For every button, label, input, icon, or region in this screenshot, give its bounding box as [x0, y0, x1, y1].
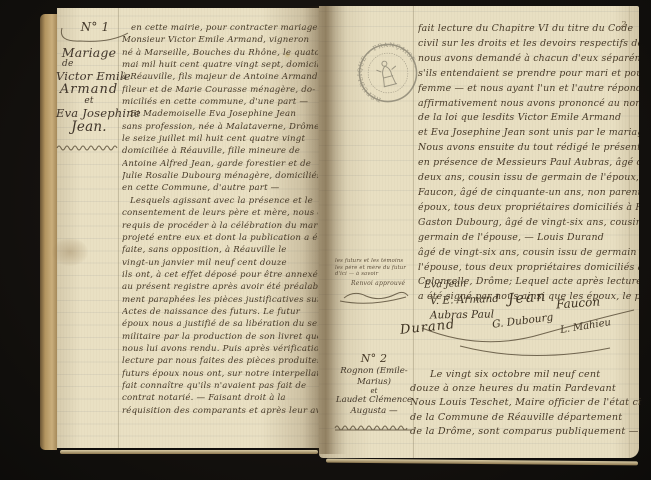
- handwritten-line: fait connaître qu'ils n'avaient pas fait…: [122, 380, 318, 392]
- register-photo: N° 1 MariagedeVictor EmileArmandetEva Jo…: [0, 0, 651, 480]
- marianne-figure: [375, 59, 400, 88]
- handwritten-line: ils ont, à cet effet déposé pour être an…: [122, 269, 318, 281]
- book-page-block-edge: [40, 14, 57, 450]
- handwritten-line: miciliés en cette commune, d'une part —: [122, 96, 318, 108]
- handwritten-line: consentement de leurs père et mère, nous…: [122, 207, 318, 219]
- handwritten-line: époux, tous deux propriétaires domicilié…: [418, 201, 639, 216]
- handwritten-line: faite, sans opposition, à Réauville le: [122, 244, 318, 256]
- margin-title-line: Marius): [331, 377, 417, 388]
- handwritten-line: l'épouse, tous deux propriétaires domici…: [418, 261, 639, 276]
- margin-title-line: et: [331, 387, 417, 395]
- annotation-line: d'ici — à savoir: [335, 271, 415, 278]
- margin-title-line: Rognon (Emile-: [331, 366, 417, 377]
- handwritten-line: Nous Louis Teschet, Maire officier de l'…: [410, 396, 642, 410]
- margin-title-line: Augusta —: [331, 406, 417, 417]
- handwritten-line: fait lecture du Chapitre VI du titre du …: [418, 22, 639, 37]
- handwritten-line: Gaston Dubourg, âgé de vingt-six ans, co…: [418, 216, 639, 231]
- annotation-line: Renvoi approuvé: [335, 278, 415, 288]
- margin-note-act-2: N° 2 Rognon (Emile-Marius)etLaudet Cléme…: [331, 352, 417, 416]
- margin-title-line: Eva Josephine: [56, 106, 122, 120]
- handwritten-line: contrat notarié. — Faisant droit à la: [122, 392, 318, 404]
- handwritten-line: à Réauville, fils majeur de Antoine Arma…: [122, 71, 318, 83]
- right-page-under-edge: [326, 459, 638, 466]
- handwritten-line: âgé de vingt-six ans, cousin issu de ger…: [418, 246, 639, 261]
- left-page-text: en cette mairie, pour contracter mariage…: [122, 22, 318, 422]
- annotation-line: les futurs et les témoins: [335, 258, 415, 265]
- margin-title-line: Victor Emile: [56, 69, 122, 83]
- handwritten-line: Nous avons ensuite du tout rédigé le pré…: [418, 141, 639, 156]
- signature-flourish: [420, 300, 640, 360]
- act-number-2: N° 2: [331, 352, 417, 366]
- margin-title-mariage: MariagedeVictor EmileArmandetEva Josephi…: [56, 46, 122, 134]
- signature-flourish: [338, 288, 412, 304]
- handwritten-line: né à Marseille, Bouches du Rhône, le qua…: [122, 47, 318, 59]
- margin-title-line: et: [56, 97, 122, 106]
- right-page-text: fait lecture du Chapitre VI du titre du …: [418, 22, 639, 310]
- handwritten-line: Antoine Alfred Jean, garde forestier et …: [122, 158, 318, 170]
- handwritten-line: futurs époux nous ont, sur notre interpe…: [122, 368, 318, 380]
- handwritten-line: sans profession, née à Malataverne, Drôm…: [122, 121, 318, 133]
- handwritten-line: mai mil huit cent quatre vingt sept, dom…: [122, 59, 318, 71]
- squiggle-underline: [56, 144, 122, 152]
- handwritten-line: et Eva Josephine Jean sont unis par le m…: [418, 126, 639, 141]
- handwritten-line: Faucon, âgé de cinquante-un ans, non par…: [418, 186, 639, 201]
- handwritten-line: Le vingt six octobre mil neuf cent: [410, 368, 642, 382]
- handwritten-line: Et Mademoiselle Eva Josephine Jean: [122, 108, 318, 120]
- handwritten-line: le seize juillet mil huit cent quatre vi…: [122, 133, 318, 145]
- handwritten-line: réquisition des comparants et après leur…: [122, 405, 318, 417]
- handwritten-line: nous lui avons rendu. Puis après vérific…: [122, 343, 318, 355]
- handwritten-line: Monsieur Victor Emile Armand, vigneron: [122, 34, 318, 46]
- ink-stain: [52, 238, 88, 266]
- handwritten-line: domiciliée à Réauville, fille mineure de: [122, 145, 318, 157]
- handwritten-line: femme — et nous ayant l'un et l'autre ré…: [418, 82, 639, 97]
- handwritten-line: au présent registre après avoir été préa…: [122, 281, 318, 293]
- closing-act-text: Le vingt six octobre mil neuf centdouze …: [410, 368, 642, 439]
- handwritten-line: en cette Commune, d'autre part —: [122, 182, 318, 194]
- margin-title-line: Mariage: [56, 46, 122, 60]
- margin-title-line: Armand: [56, 83, 122, 97]
- handwritten-line: militaire par la production de son livre…: [122, 331, 318, 343]
- squiggle-underline: [334, 424, 414, 432]
- handwritten-line: Julie Rosalie Dubourg ménagère, domicili…: [122, 170, 318, 182]
- flourish-arc: [58, 26, 132, 44]
- handwritten-line: germain de l'épouse, — Louis Durand: [418, 231, 639, 246]
- margin-title-line: Laudet Clémence: [331, 395, 417, 406]
- signature: Eva Jean: [424, 278, 467, 290]
- handwritten-line: fileur et de Marie Courasse ménagère, do…: [122, 84, 318, 96]
- margin-title-line: de: [56, 60, 122, 69]
- handwritten-line: vingt-un janvier mil neuf cent douze: [122, 257, 318, 269]
- handwritten-line: requis de procéder à la célébration du m…: [122, 220, 318, 232]
- handwritten-line: projeté entre eux et dont la publication…: [122, 232, 318, 244]
- handwritten-line: en présence de Messieurs Paul Aubras, âg…: [418, 156, 639, 171]
- handwritten-line: époux nous a justifié de sa libération d…: [122, 318, 318, 330]
- handwritten-line: en cette mairie, pour contracter mariage: [122, 22, 318, 34]
- handwritten-line: lecture par nous faites des pièces produ…: [122, 355, 318, 367]
- handwritten-line: deux ans, cousin issu de germain de l'ép…: [418, 171, 639, 186]
- margin-title-line: Jean.: [56, 120, 122, 134]
- handwritten-line: de la loi que lesdits Victor Emile Arman…: [418, 111, 639, 126]
- handwritten-line: s'ils entendaient se prendre pour mari e…: [418, 67, 639, 82]
- handwritten-line: douze à onze heures du matin Pardevant: [410, 382, 642, 396]
- margin-annotation-renvoi: les futurs et les témoinsles père et mèr…: [335, 258, 415, 287]
- handwritten-line: Actes de naissance des futurs. Le futur: [122, 306, 318, 318]
- margin-note-names: Rognon (Emile-Marius)etLaudet ClémenceAu…: [331, 366, 417, 416]
- handwritten-line: Lesquels agissant avec la présence et le: [122, 195, 318, 207]
- handwritten-line: de la Commune de Réauville département: [410, 411, 642, 425]
- handwritten-line: affirmativement nous avons prononcé au n…: [418, 97, 639, 112]
- annotation-line: les père et mère du futur: [335, 265, 415, 272]
- handwritten-line: de la Drôme, sont comparus publiquement …: [410, 425, 642, 439]
- handwritten-line: ment paraphées les pièces justificatives…: [122, 294, 318, 306]
- handwritten-line: nous avons demandé à chacun d'eux séparé…: [418, 52, 639, 67]
- left-page-under-edge: [60, 450, 318, 454]
- handwritten-line: civil sur les droits et les devoirs resp…: [418, 37, 639, 52]
